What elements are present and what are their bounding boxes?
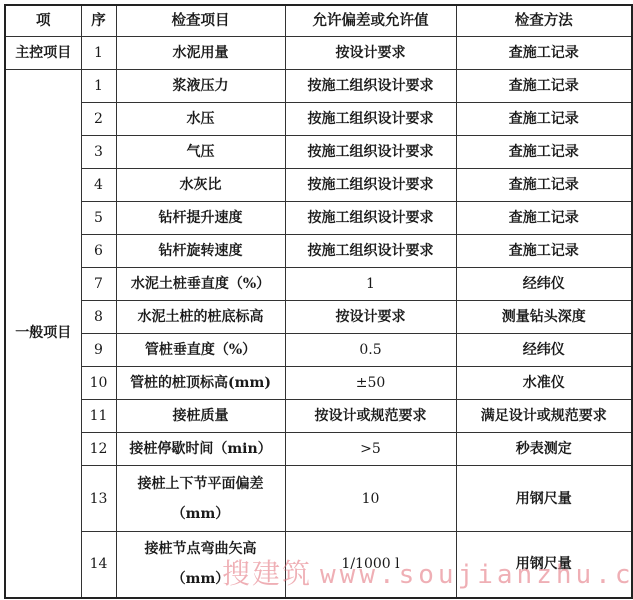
cell-seq: 14 <box>81 532 116 598</box>
cell-seq: 2 <box>81 103 116 136</box>
cell-tolerance: 按施工组织设计要求 <box>285 136 456 169</box>
table-row: 6 钻杆旋转速度 按施工组织设计要求 查施工记录 <box>5 235 632 268</box>
cell-method: 查施工记录 <box>456 103 632 136</box>
cell-method: 秒表测定 <box>456 433 632 466</box>
cell-tolerance: ±50 <box>285 367 456 400</box>
cell-method: 测量钻头深度 <box>456 301 632 334</box>
cell-method: 查施工记录 <box>456 37 632 70</box>
table-row: 2 水压 按施工组织设计要求 查施工记录 <box>5 103 632 136</box>
table-row: 主控项目 1 水泥用量 按设计要求 查施工记录 <box>5 37 632 70</box>
cell-method: 查施工记录 <box>456 169 632 202</box>
table-row: 8 水泥土桩的桩底标高 按设计要求 测量钻头深度 <box>5 301 632 334</box>
table-row: 一般项目 1 浆液压力 按施工组织设计要求 查施工记录 <box>5 70 632 103</box>
cell-method: 水准仪 <box>456 367 632 400</box>
cell-item: 接桩质量 <box>116 400 285 433</box>
cell-method: 查施工记录 <box>456 136 632 169</box>
cell-item: 管桩的桩顶标高(mm) <box>116 367 285 400</box>
cell-method: 查施工记录 <box>456 70 632 103</box>
cell-item: 接桩节点弯曲矢高 （mm） <box>116 532 285 598</box>
cell-item: 钻杆提升速度 <box>116 202 285 235</box>
cell-tolerance: 按设计要求 <box>285 301 456 334</box>
header-category: 项 <box>5 5 81 37</box>
cell-tolerance: 按施工组织设计要求 <box>285 70 456 103</box>
header-row: 项 序 检查项目 允许偏差或允许值 检查方法 <box>5 5 632 37</box>
cell-tolerance: 1 <box>285 268 456 301</box>
cell-method: 用钢尺量 <box>456 466 632 532</box>
cell-seq: 7 <box>81 268 116 301</box>
cell-seq: 8 <box>81 301 116 334</box>
cell-tolerance: 按设计要求 <box>285 37 456 70</box>
cell-method: 满足设计或规范要求 <box>456 400 632 433</box>
table-row: 13 接桩上下节平面偏差 （mm） 10 用钢尺量 <box>5 466 632 532</box>
cell-tolerance: 按设计或规范要求 <box>285 400 456 433</box>
cell-item: 水灰比 <box>116 169 285 202</box>
cell-seq: 10 <box>81 367 116 400</box>
cell-tolerance: >5 <box>285 433 456 466</box>
cell-method: 查施工记录 <box>456 202 632 235</box>
cell-seq: 1 <box>81 70 116 103</box>
cell-tolerance: 10 <box>285 466 456 532</box>
table-row: 7 水泥土桩垂直度（%） 1 经纬仪 <box>5 268 632 301</box>
cell-item: 管桩垂直度（%） <box>116 334 285 367</box>
cell-method: 经纬仪 <box>456 268 632 301</box>
header-method: 检查方法 <box>456 5 632 37</box>
table-row: 14 接桩节点弯曲矢高 （mm） 1/1000 l 用钢尺量 <box>5 532 632 598</box>
cell-item: 水压 <box>116 103 285 136</box>
table-row: 3 气压 按施工组织设计要求 查施工记录 <box>5 136 632 169</box>
cell-item: 接桩停歇时间（min） <box>116 433 285 466</box>
cell-item: 水泥土桩的桩底标高 <box>116 301 285 334</box>
cell-method: 查施工记录 <box>456 235 632 268</box>
inspection-table: 项 序 检查项目 允许偏差或允许值 检查方法 主控项目 1 水泥用量 按设计要求… <box>4 4 633 599</box>
table-row: 4 水灰比 按施工组织设计要求 查施工记录 <box>5 169 632 202</box>
cell-seq: 9 <box>81 334 116 367</box>
cell-item-line2: （mm） <box>119 499 283 529</box>
cell-tolerance: 按施工组织设计要求 <box>285 235 456 268</box>
cell-seq: 4 <box>81 169 116 202</box>
header-tolerance: 允许偏差或允许值 <box>285 5 456 37</box>
cell-seq: 11 <box>81 400 116 433</box>
cell-seq: 1 <box>81 37 116 70</box>
group-main-control: 主控项目 <box>5 37 81 70</box>
cell-item-line2: （mm） <box>119 564 283 594</box>
table-row: 10 管桩的桩顶标高(mm) ±50 水准仪 <box>5 367 632 400</box>
cell-tolerance: 按施工组织设计要求 <box>285 202 456 235</box>
header-seq: 序 <box>81 5 116 37</box>
cell-item: 水泥用量 <box>116 37 285 70</box>
cell-seq: 5 <box>81 202 116 235</box>
cell-item: 水泥土桩垂直度（%） <box>116 268 285 301</box>
table-row: 11 接桩质量 按设计或规范要求 满足设计或规范要求 <box>5 400 632 433</box>
cell-item-line1: 接桩上下节平面偏差 <box>119 469 283 499</box>
cell-seq: 13 <box>81 466 116 532</box>
cell-tolerance: 按施工组织设计要求 <box>285 169 456 202</box>
cell-item-line1: 接桩节点弯曲矢高 <box>119 534 283 564</box>
cell-item: 浆液压力 <box>116 70 285 103</box>
cell-method: 用钢尺量 <box>456 532 632 598</box>
cell-item: 钻杆旋转速度 <box>116 235 285 268</box>
cell-tolerance: 0.5 <box>285 334 456 367</box>
cell-tolerance: 1/1000 l <box>285 532 456 598</box>
header-item: 检查项目 <box>116 5 285 37</box>
cell-item: 气压 <box>116 136 285 169</box>
table-row: 12 接桩停歇时间（min） >5 秒表测定 <box>5 433 632 466</box>
cell-tolerance: 按施工组织设计要求 <box>285 103 456 136</box>
cell-seq: 12 <box>81 433 116 466</box>
cell-seq: 3 <box>81 136 116 169</box>
cell-item: 接桩上下节平面偏差 （mm） <box>116 466 285 532</box>
group-general: 一般项目 <box>5 70 81 598</box>
table-row: 9 管桩垂直度（%） 0.5 经纬仪 <box>5 334 632 367</box>
table-row: 5 钻杆提升速度 按施工组织设计要求 查施工记录 <box>5 202 632 235</box>
cell-method: 经纬仪 <box>456 334 632 367</box>
cell-seq: 6 <box>81 235 116 268</box>
